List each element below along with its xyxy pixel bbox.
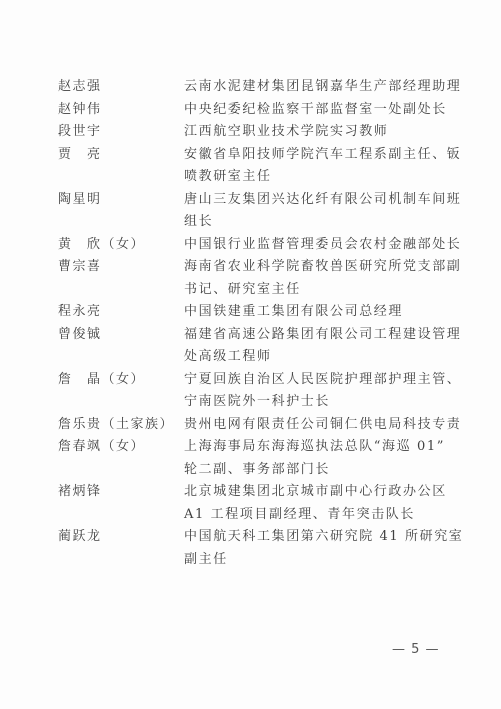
list-item: 赵志强 云南水泥建材集团昆钢嘉华生产部经理助理 <box>58 76 468 99</box>
list-item: 詹春飒（女） 上海海事局东海海巡执法总队“海巡 01” 轮二副、事务部部门长 <box>58 436 468 481</box>
person-name: 陶星明 <box>58 189 184 212</box>
person-name: 蔺跃龙 <box>58 526 184 549</box>
affiliation-line: 中国铁建重工集团有限公司总经理 <box>184 301 468 324</box>
person-name: 曹宗喜 <box>58 256 184 279</box>
affiliation-line: 处高级工程师 <box>184 346 468 369</box>
affiliation-line: 组长 <box>184 211 468 234</box>
person-affiliation: 上海海事局东海海巡执法总队“海巡 01” 轮二副、事务部部门长 <box>184 436 468 481</box>
affiliation-line: A1 工程项目副经理、青年突击队长 <box>184 504 468 527</box>
person-affiliation: 唐山三友集团兴达化纤有限公司机制车间班 组长 <box>184 189 468 234</box>
person-name: 段世宇 <box>58 121 184 144</box>
person-affiliation: 安徽省阜阳技师学院汽车工程系副主任、钣 喷教研室主任 <box>184 144 468 189</box>
person-affiliation: 北京城建集团北京城市副中心行政办公区 A1 工程项目副经理、青年突击队长 <box>184 481 468 526</box>
person-affiliation: 福建省高速公路集团有限公司工程建设管理 处高级工程师 <box>184 324 468 369</box>
affiliation-line: 中国银行业监督管理委员会农村金融部处长 <box>184 234 468 257</box>
person-affiliation: 中国铁建重工集团有限公司总经理 <box>184 301 468 324</box>
list-item: 黄 欣（女） 中国银行业监督管理委员会农村金融部处长 <box>58 234 468 257</box>
person-name: 詹乐贵（土家族） <box>58 414 184 437</box>
affiliation-line: 贵州电网有限责任公司铜仁供电局科技专责 <box>184 414 468 437</box>
affiliation-line: 福建省高速公路集团有限公司工程建设管理 <box>184 324 468 347</box>
affiliation-line: 唐山三友集团兴达化纤有限公司机制车间班 <box>184 189 468 212</box>
person-affiliation: 宁夏回族自治区人民医院护理部护理主管、 宁南医院外一科护士长 <box>184 369 468 414</box>
list-item: 贾 亮 安徽省阜阳技师学院汽车工程系副主任、钣 喷教研室主任 <box>58 144 468 189</box>
list-item: 程永亮 中国铁建重工集团有限公司总经理 <box>58 301 468 324</box>
person-affiliation: 江西航空职业技术学院实习教师 <box>184 121 468 144</box>
person-affiliation: 中国航天科工集团第六研究院 41 所研究室 副主任 <box>184 526 468 571</box>
list-item: 詹乐贵（土家族） 贵州电网有限责任公司铜仁供电局科技专责 <box>58 414 468 437</box>
affiliation-line: 海南省农业科学院畜牧兽医研究所党支部副 <box>184 256 468 279</box>
person-affiliation: 中央纪委纪检监察干部监督室一处副处长 <box>184 99 468 122</box>
person-affiliation: 贵州电网有限责任公司铜仁供电局科技专责 <box>184 414 468 437</box>
list-item: 赵钟伟 中央纪委纪检监察干部监督室一处副处长 <box>58 99 468 122</box>
person-name: 程永亮 <box>58 301 184 324</box>
affiliation-line: 安徽省阜阳技师学院汽车工程系副主任、钣 <box>184 144 468 167</box>
list-item: 曾俊铖 福建省高速公路集团有限公司工程建设管理 处高级工程师 <box>58 324 468 369</box>
person-name: 曾俊铖 <box>58 324 184 347</box>
document-page: 赵志强 云南水泥建材集团昆钢嘉华生产部经理助理 赵钟伟 中央纪委纪检监察干部监督… <box>0 0 501 709</box>
person-name: 赵志强 <box>58 76 184 99</box>
person-name: 贾 亮 <box>58 144 184 167</box>
affiliation-line: 中央纪委纪检监察干部监督室一处副处长 <box>184 99 468 122</box>
affiliation-line: 宁夏回族自治区人民医院护理部护理主管、 <box>184 369 468 392</box>
affiliation-line: 喷教研室主任 <box>184 166 468 189</box>
list-item: 段世宇 江西航空职业技术学院实习教师 <box>58 121 468 144</box>
list-item: 曹宗喜 海南省农业科学院畜牧兽医研究所党支部副 书记、研究室主任 <box>58 256 468 301</box>
affiliation-line: 书记、研究室主任 <box>184 279 468 302</box>
person-name: 褚炳锋 <box>58 481 184 504</box>
list-item: 蔺跃龙 中国航天科工集团第六研究院 41 所研究室 副主任 <box>58 526 468 571</box>
person-name: 詹春飒（女） <box>58 436 184 459</box>
person-affiliation: 海南省农业科学院畜牧兽医研究所党支部副 书记、研究室主任 <box>184 256 468 301</box>
list-item: 詹 晶（女） 宁夏回族自治区人民医院护理部护理主管、 宁南医院外一科护士长 <box>58 369 468 414</box>
person-name: 詹 晶（女） <box>58 369 184 392</box>
affiliation-line: 云南水泥建材集团昆钢嘉华生产部经理助理 <box>184 76 468 99</box>
affiliation-line: 北京城建集团北京城市副中心行政办公区 <box>184 481 468 504</box>
name-list: 赵志强 云南水泥建材集团昆钢嘉华生产部经理助理 赵钟伟 中央纪委纪检监察干部监督… <box>58 76 468 571</box>
person-affiliation: 云南水泥建材集团昆钢嘉华生产部经理助理 <box>184 76 468 99</box>
person-affiliation: 中国银行业监督管理委员会农村金融部处长 <box>184 234 468 257</box>
affiliation-line: 宁南医院外一科护士长 <box>184 391 468 414</box>
list-item: 陶星明 唐山三友集团兴达化纤有限公司机制车间班 组长 <box>58 189 468 234</box>
list-item: 褚炳锋 北京城建集团北京城市副中心行政办公区 A1 工程项目副经理、青年突击队长 <box>58 481 468 526</box>
affiliation-line: 江西航空职业技术学院实习教师 <box>184 121 468 144</box>
person-name: 赵钟伟 <box>58 99 184 122</box>
page-number: — 5 — <box>392 642 440 657</box>
affiliation-line: 副主任 <box>184 549 468 572</box>
affiliation-line: 中国航天科工集团第六研究院 41 所研究室 <box>184 526 468 549</box>
affiliation-line: 轮二副、事务部部门长 <box>184 459 468 482</box>
affiliation-line: 上海海事局东海海巡执法总队“海巡 01” <box>184 436 468 459</box>
person-name: 黄 欣（女） <box>58 234 184 257</box>
